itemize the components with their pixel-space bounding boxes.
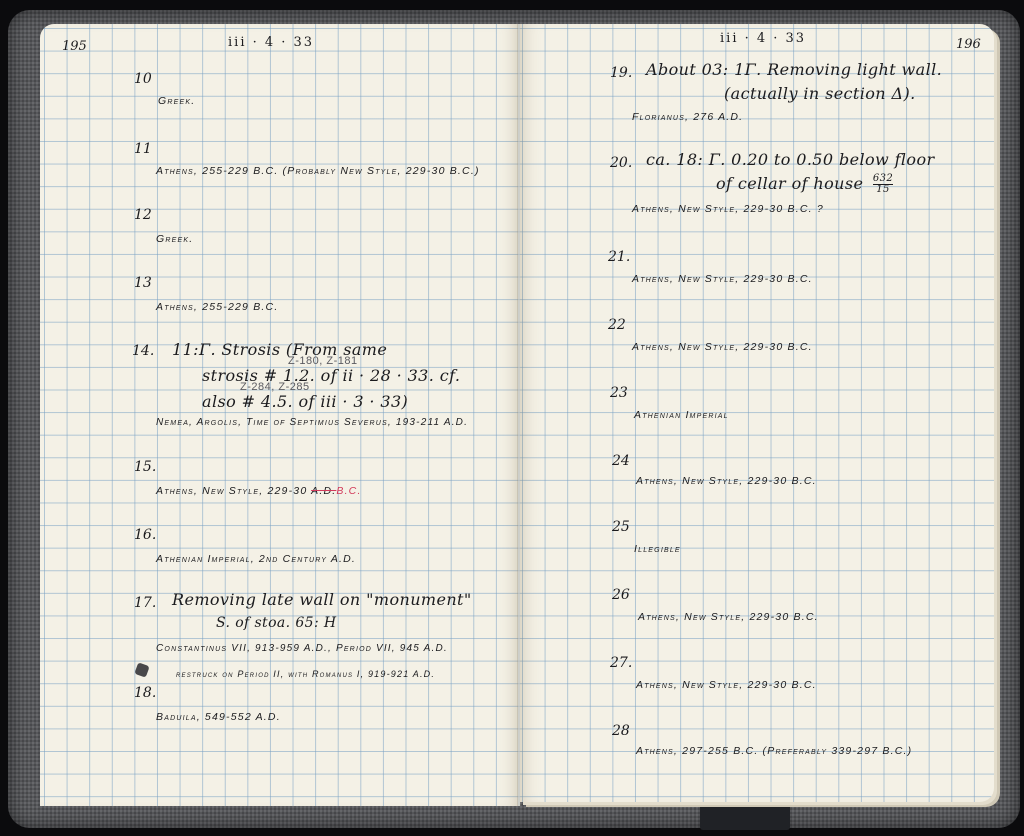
note-text: of cellar of house — [716, 174, 863, 193]
entry-number: 11 — [134, 142, 152, 156]
entry-note-line: S. of stoa. 65: H — [216, 616, 337, 630]
entry-attribution: Athens, New Style, 229-30 B.C. — [636, 476, 817, 487]
entry-attribution: Athens, 255-229 B.C. (Probably New Style… — [156, 166, 480, 177]
struck-text: A.D. — [311, 485, 336, 497]
entry-note-line: Removing late wall on "monument" — [172, 592, 472, 608]
entry-number: 19. — [610, 66, 632, 80]
fraction: 632 15 — [873, 174, 893, 195]
ink-blot — [134, 662, 149, 677]
entry-attribution: Athenian Imperial, 2nd Century A.D. — [156, 554, 356, 565]
entry-number: 16. — [134, 528, 156, 542]
page-number: 195 — [62, 40, 87, 53]
entry-number: 24 — [612, 454, 630, 468]
entry-number: 15. — [134, 460, 156, 474]
entry-attribution: Greek. — [158, 96, 195, 107]
entry-attribution: Athens, New Style, 229-30 B.C. — [638, 612, 819, 623]
entry-note-line: About 03: 1Γ. Removing light wall. — [646, 62, 942, 78]
entry-number: 28 — [612, 724, 630, 738]
entry-number: 14. — [132, 344, 154, 358]
entry-attribution: Greek. — [156, 234, 193, 245]
entry-number: 23 — [610, 386, 628, 400]
entry-attribution: Illegible — [634, 544, 681, 555]
entry-number: 17. — [134, 596, 156, 610]
page-date: iii · 4 · 33 — [228, 36, 314, 49]
attribution-text: Athens, New Style, 229-30 — [156, 485, 307, 497]
entry-attribution: Athens, New Style, 229-30 B.C. — [632, 274, 813, 285]
page-number: 196 — [956, 38, 981, 51]
red-correction: B.C. — [336, 485, 361, 497]
entry-note-line: also # 4.5. of iii · 3 · 33) — [202, 394, 408, 410]
entry-attribution: Florianus, 276 A.D. — [632, 112, 743, 123]
entry-attribution: Athens, New Style, 229-30 B.C. ? — [632, 204, 824, 215]
entry-number: 21. — [608, 250, 630, 264]
entry-attribution: Athenian Imperial — [634, 410, 729, 421]
entry-attribution-line2: restruck on Period II, with Romanus I, 9… — [176, 670, 435, 679]
entry-number: 20. — [610, 156, 632, 170]
entry-note-line: of cellar of house 632 15 — [716, 174, 893, 195]
entry-attribution: Nemea, Argolis, Time of Septimius Severu… — [156, 418, 468, 428]
entry-note-line: (actually in section Δ). — [724, 86, 916, 102]
entry-number: 12 — [134, 208, 152, 222]
entry-number: 26 — [612, 588, 630, 602]
page-date: iii · 4 · 33 — [720, 32, 806, 45]
entry-attribution: Athens, New Style, 229-30 B.C. — [632, 342, 813, 353]
entry-number: 10 — [134, 72, 152, 86]
bookmark-ribbon — [700, 800, 790, 830]
entry-note-line: ca. 18: Γ. 0.20 to 0.50 below floor — [646, 152, 935, 168]
entry-number: 27. — [610, 656, 632, 670]
entry-attribution: Athens, New Style, 229-30 B.C. — [636, 680, 817, 691]
right-page: iii · 4 · 33 196 19. About 03: 1Γ. Remov… — [520, 24, 994, 802]
entry-attribution: Athens, New Style, 229-30 A.D.B.C. — [156, 486, 362, 497]
entry-attribution: Athens, 297-255 B.C. (Preferably 339-297… — [636, 746, 912, 757]
entry-number: 13 — [134, 276, 152, 290]
left-page: 195 iii · 4 · 33 10 Greek. 11 Athens, 25… — [40, 24, 520, 806]
entry-attribution: Constantinus VII, 913-959 A.D., Period V… — [156, 644, 448, 654]
entry-attribution: Athens, 255-229 B.C. — [156, 302, 278, 313]
fraction-denominator: 15 — [873, 185, 893, 195]
entry-number: 18. — [134, 686, 156, 700]
entry-attribution: Baduila, 549-552 A.D. — [156, 712, 281, 723]
entry-number: 22 — [608, 318, 626, 332]
entry-number: 25 — [612, 520, 630, 534]
